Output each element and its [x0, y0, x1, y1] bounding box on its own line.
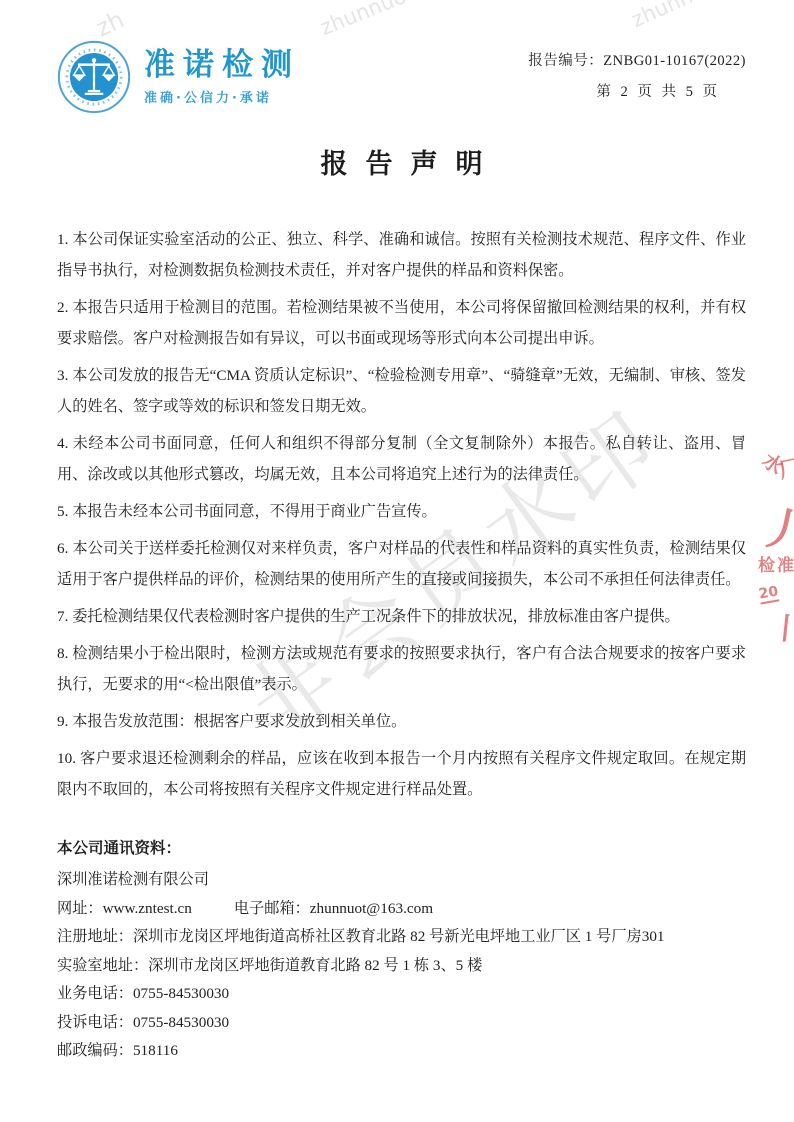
seal-stamp-fragment: 准 [777, 551, 794, 576]
complaint-phone-value: 0755-84530030 [133, 1014, 229, 1031]
faint-watermark: zhunn [628, 0, 696, 32]
registered-address-value: 深圳市龙岗区坪地街道高桥社区教育北路 82 号新光电坪地工业厂区 1 号厂房30… [133, 928, 665, 945]
email-value: zhunnuot@163.com [310, 900, 433, 917]
seal-stamp-fragment: 厂 [776, 450, 794, 485]
scales-of-justice-icon [57, 40, 131, 114]
statement-2: 2. 本报告只适用于检测目的范围。若检测结果被不当使用，本公司将保留撤回检测结果… [57, 292, 746, 354]
registered-address-label: 注册地址： [57, 928, 133, 945]
contact-heading: 本公司通讯资料： [57, 834, 746, 864]
page-title: 报告声明 [57, 142, 746, 181]
lab-address-row: 实验室地址：深圳市龙岗区坪地街道教育北路 82 号 1 栋 3、5 楼 [57, 952, 746, 981]
complaint-phone-label: 投诉电话： [57, 1014, 133, 1031]
business-phone-label: 业务电话： [57, 985, 133, 1002]
statement-10: 10. 客户要求退还检测剩余的样品，应该在收到本报告一个月内按照有关程序文件规定… [57, 743, 746, 805]
document-body: 报告声明 1. 本公司保证实验室活动的公正、独立、科学、准确和诚信。按照有关检测… [57, 142, 746, 1066]
statement-3: 3. 本公司发放的报告无“CMA 资质认定标识”、“检验检测专用章”、“骑缝章”… [57, 360, 746, 422]
postal-code-row: 邮政编码：518116 [57, 1037, 746, 1066]
seal-stamp-fragment: 丿 [754, 490, 794, 564]
page-header: 准诺检测 准确·公信力·承诺 报告编号：ZNBG01-10167(2022) 第… [57, 40, 746, 114]
business-phone-row: 业务电话：0755-84530030 [57, 980, 746, 1009]
statement-6: 6. 本公司关于送样委托检测仅对来样负责，客户对样品的代表性和样品资料的真实性负… [57, 533, 746, 595]
page-indicator: 第 2 页 共 5 页 [528, 77, 746, 108]
brand-tagline: 准确·公信力·承诺 [144, 87, 300, 106]
report-page: zh zhunnuo zhunn 非会员水印 水 厂 丿 检 准 20 丨 [0, 0, 794, 1122]
website-value: www.zntest.cn [103, 900, 192, 917]
seal-stamp-fragment: 检 [758, 551, 775, 576]
website-email-row: 网址：www.zntest.cn电子邮箱：zhunnuot@163.com [57, 895, 746, 924]
company-logo: 准诺检测 准确·公信力·承诺 [57, 40, 300, 114]
email-label: 电子邮箱： [234, 900, 310, 917]
seal-stamp-fragment: 丨 [769, 603, 794, 650]
company-name: 深圳准诺检测有限公司 [57, 866, 746, 895]
seal-stamp-fragment: 水 [757, 445, 791, 480]
registered-address-row: 注册地址：深圳市龙岗区坪地街道高桥社区教育北路 82 号新光电坪地工业厂区 1 … [57, 923, 746, 952]
seal-stamp-fragment: 20 [758, 583, 780, 604]
business-phone-value: 0755-84530030 [133, 985, 229, 1002]
contact-section: 本公司通讯资料： 深圳准诺检测有限公司 网址：www.zntest.cn电子邮箱… [57, 834, 746, 1066]
postal-code-label: 邮政编码： [57, 1042, 133, 1059]
faint-watermark: zhunnuo [317, 0, 410, 40]
report-number-label: 报告编号： [528, 53, 603, 69]
report-meta: 报告编号：ZNBG01-10167(2022) 第 2 页 共 5 页 [528, 46, 746, 108]
statement-4: 4. 未经本公司书面同意，任何人和组织不得部分复制（全文复制除外）本报告。私自转… [57, 428, 746, 490]
statement-5: 5. 本报告未经本公司书面同意，不得用于商业广告宣传。 [57, 496, 746, 527]
statement-9: 9. 本报告发放范围：根据客户要求发放到相关单位。 [57, 706, 746, 737]
report-number-value: ZNBG01-10167(2022) [603, 53, 746, 69]
brand-name: 准诺检测 [144, 48, 300, 82]
postal-code-value: 518116 [133, 1042, 178, 1059]
statement-7: 7. 委托检测结果仅代表检测时客户提供的生产工况条件下的排放状况，排放标准由客户… [57, 601, 746, 632]
complaint-phone-row: 投诉电话：0755-84530030 [57, 1009, 746, 1038]
faint-watermark: zh [91, 5, 128, 42]
lab-address-value: 深圳市龙岗区坪地街道教育北路 82 号 1 栋 3、5 楼 [148, 957, 482, 974]
statement-1: 1. 本公司保证实验室活动的公正、独立、科学、准确和诚信。按照有关检测技术规范、… [57, 224, 746, 286]
statement-8: 8. 检测结果小于检出限时，检测方法或规范有要求的按照要求执行，客户有合法合规要… [57, 638, 746, 700]
lab-address-label: 实验室地址： [57, 957, 148, 974]
report-number: 报告编号：ZNBG01-10167(2022) [528, 46, 746, 77]
website-label: 网址： [57, 900, 103, 917]
logo-text: 准诺检测 准确·公信力·承诺 [144, 48, 300, 106]
